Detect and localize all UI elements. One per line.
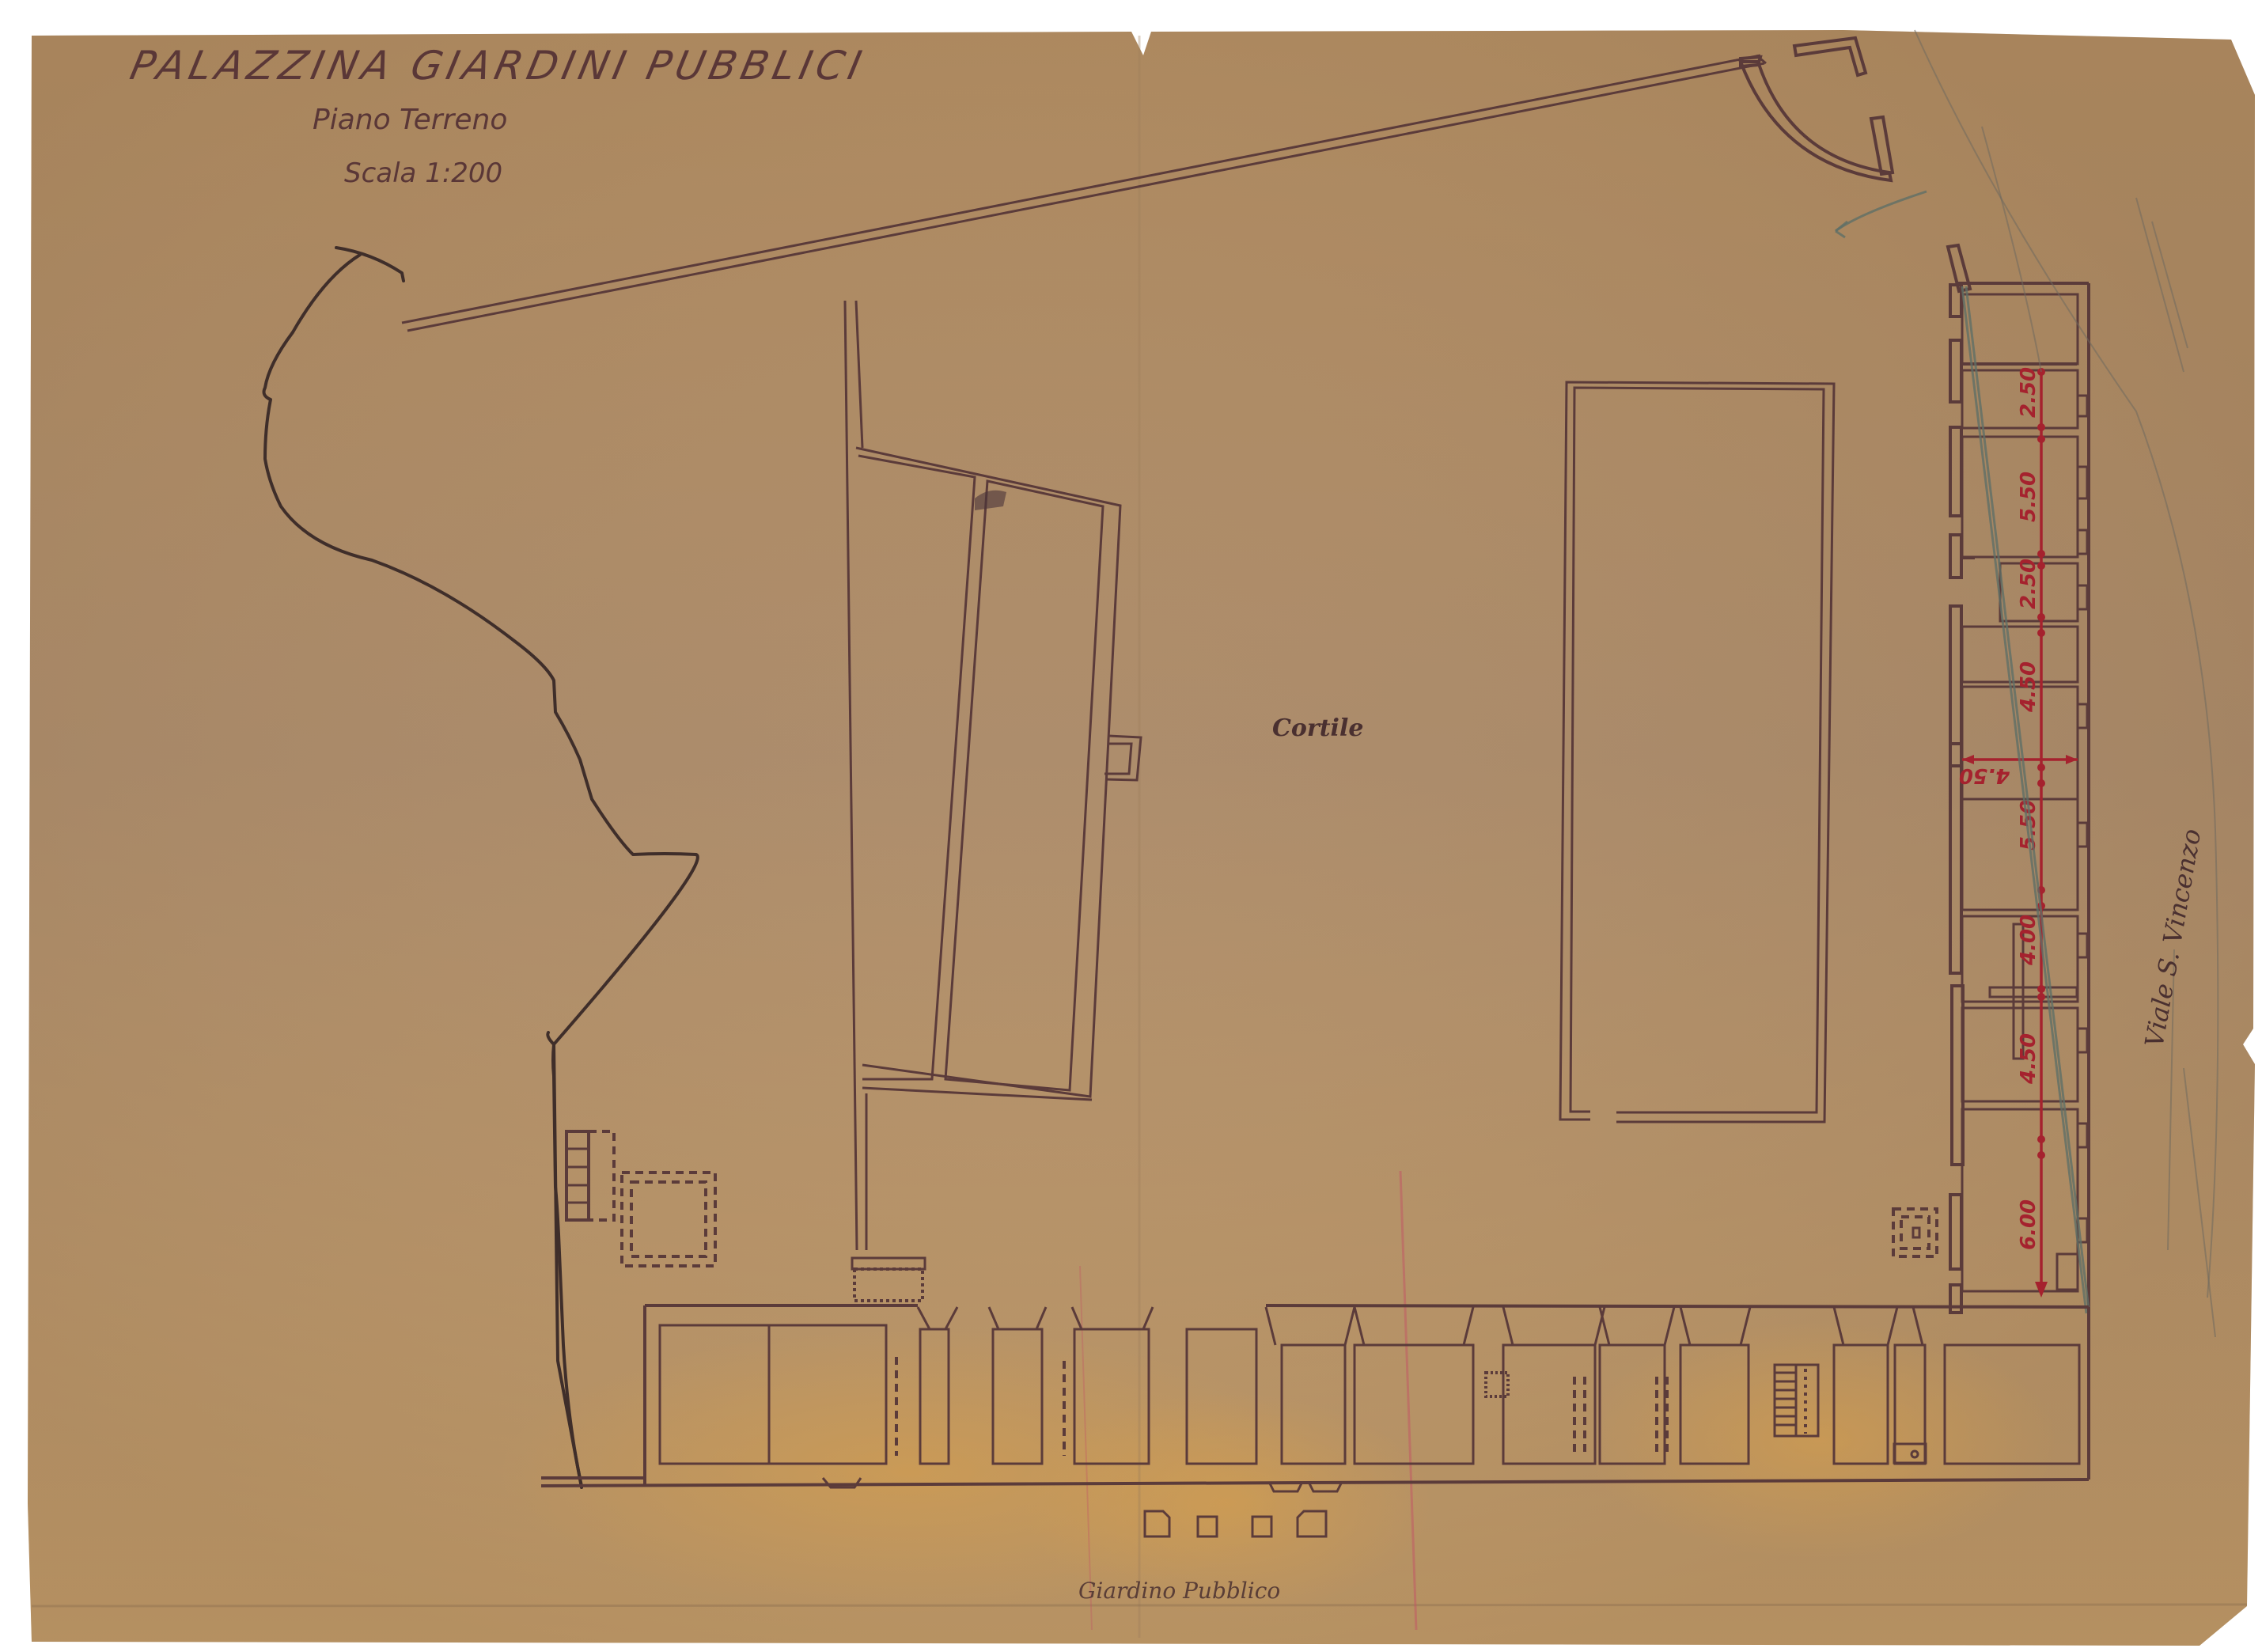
dim-label-1: 2.50 (2017, 367, 2040, 418)
dim-label-8: 6.00 (2017, 1199, 2040, 1250)
dim-label-6: 4.00 (2017, 915, 2040, 966)
dim-label-4: 4.50 (2017, 661, 2040, 713)
floor-plan-sheet: PALAZZINA GIARDINI PUBBLICI Piano Terren… (0, 0, 2262, 1652)
plan-scale: Scala 1:200 (344, 157, 502, 189)
garden-label: Giardino Pubblico (1078, 1578, 1280, 1604)
dim-label-horizontal: 4.50 (1959, 763, 2010, 787)
dim-label-2: 5.50 (2017, 472, 2040, 522)
paper-sheet (28, 30, 2255, 1646)
plan-title: PALAZZINA GIARDINI PUBBLICI (127, 43, 870, 89)
plan-subtitle: Piano Terreno (313, 104, 507, 136)
courtyard-label: Cortile (1272, 714, 1363, 742)
dim-label-7: 4.50 (2017, 1033, 2040, 1085)
dim-label-3: 2.50 (2017, 559, 2040, 609)
